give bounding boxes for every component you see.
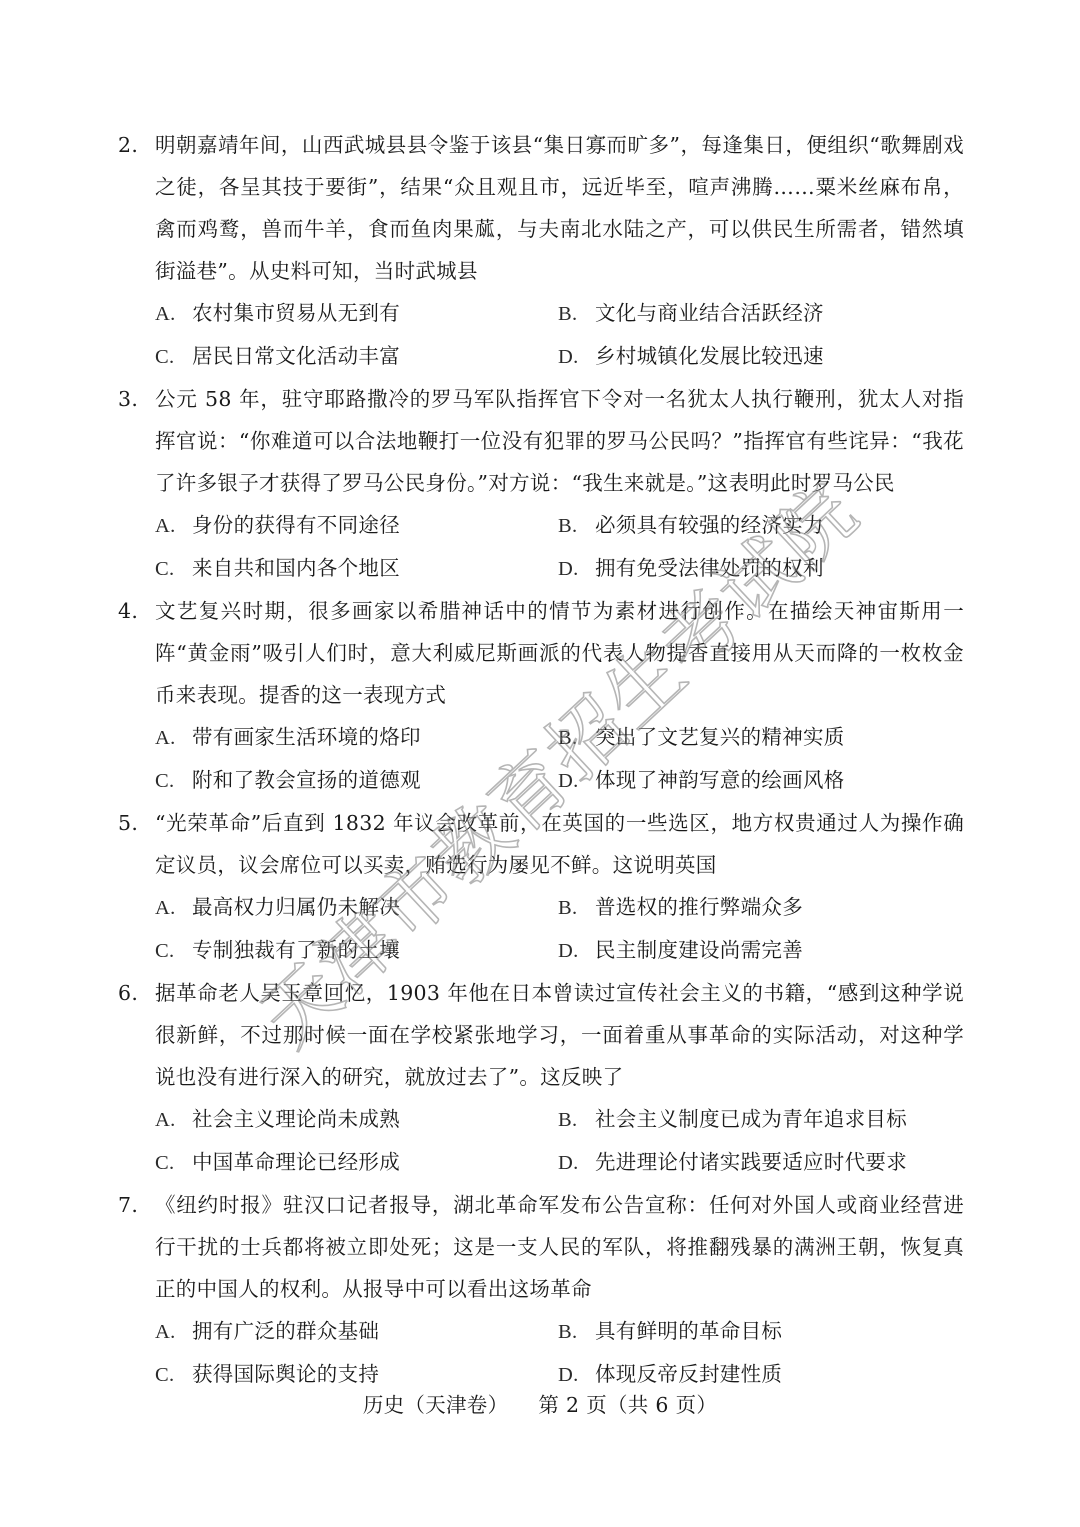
question-number: 2. [118,124,138,166]
option-letter: D. [558,548,595,590]
question-number: 5. [118,802,138,844]
option-letter: A. [155,1311,192,1353]
option-text: 获得国际舆论的支持 [192,1362,379,1386]
option-text: 先进理论付诸实践要适应时代要求 [595,1150,907,1174]
question-number: 3. [118,378,138,420]
option-letter: D. [558,1142,595,1184]
question-number: 7. [118,1184,138,1226]
option-a: A.农村集市贸易从无到有 [155,292,558,335]
option-d: D.先进理论付诸实践要适应时代要求 [558,1141,964,1184]
footer-paper-title: 历史（天津卷） [363,1393,509,1417]
option-text: 拥有免受法律处罚的权利 [595,556,824,580]
page-footer: 历史（天津卷）第 2 页（共 6 页） [0,1389,1080,1421]
option-letter: C. [155,336,192,378]
option-list: A.拥有广泛的群众基础 B.具有鲜明的革命目标 C.获得国际舆论的支持 D.体现… [118,1310,964,1396]
option-d: D.乡村城镇化发展比较迅速 [558,335,964,378]
question-text: 文艺复兴时期，很多画家以希腊神话中的情节为素材进行创作。在描绘天神宙斯用一阵“黄… [155,599,964,707]
option-list: A.身份的获得有不同途径 B.必须具有较强的经济实力 C.来自共和国内各个地区 … [118,504,964,590]
option-d: D.体现了神韵写意的绘画风格 [558,759,964,802]
option-list: A.农村集市贸易从无到有 B.文化与商业结合活跃经济 C.居民日常文化活动丰富 … [118,292,964,378]
option-text: 社会主义制度已成为青年追求目标 [595,1107,907,1131]
question-stem: 4. 文艺复兴时期，很多画家以希腊神话中的情节为素材进行创作。在描绘天神宙斯用一… [118,590,964,716]
option-letter: D. [558,336,595,378]
option-b: B.必须具有较强的经济实力 [558,504,964,547]
footer-page-number: 第 2 页（共 6 页） [538,1393,717,1417]
question-text: 公元 58 年，驻守耶路撒冷的罗马军队指挥官下令对一名犹太人执行鞭刑，犹太人对指… [155,387,964,495]
option-letter: B. [558,505,595,547]
option-letter: A. [155,887,192,929]
option-text: 附和了教会宣扬的道德观 [192,768,421,792]
option-a: A.带有画家生活环境的烙印 [155,716,558,759]
option-text: 专制独裁有了新的土壤 [192,938,400,962]
question-stem: 7. 《纽约时报》驻汉口记者报导，湖北革命军发布公告宣称：任何对外国人或商业经营… [118,1184,964,1310]
option-a: A.社会主义理论尚未成熟 [155,1098,558,1141]
question-text: 明朝嘉靖年间，山西武城县县令鉴于该县“集日寡而旷多”，每逢集日，便组织“歌舞剧戏… [155,133,964,283]
option-text: 具有鲜明的革命目标 [595,1319,782,1343]
option-letter: A. [155,1099,192,1141]
option-text: 普选权的推行弊端众多 [595,895,803,919]
option-text: 拥有广泛的群众基础 [192,1319,379,1343]
option-text: 文化与商业结合活跃经济 [595,301,824,325]
option-letter: D. [558,930,595,972]
question-5: 5. “光荣革命”后直到 1832 年议会改革前，在英国的一些选区，地方权贵通过… [118,802,964,972]
option-text: 最高权力归属仍未解决 [192,895,400,919]
question-text: 据革命老人吴玉章回忆，1903 年他在日本曾读过宣传社会主义的书籍，“感到这种学… [155,981,964,1089]
option-text: 身份的获得有不同途径 [192,513,400,537]
question-2: 2. 明朝嘉靖年间，山西武城县县令鉴于该县“集日寡而旷多”，每逢集日，便组织“歌… [118,124,964,378]
option-c: C.居民日常文化活动丰富 [155,335,558,378]
question-number: 4. [118,590,138,632]
option-c: C.附和了教会宣扬的道德观 [155,759,558,802]
option-b: B.突出了文艺复兴的精神实质 [558,716,964,759]
question-number: 6. [118,972,138,1014]
option-b: B.文化与商业结合活跃经济 [558,292,964,335]
option-a: A.身份的获得有不同途径 [155,504,558,547]
question-stem: 6. 据革命老人吴玉章回忆，1903 年他在日本曾读过宣传社会主义的书籍，“感到… [118,972,964,1098]
option-letter: B. [558,887,595,929]
option-text: 中国革命理论已经形成 [192,1150,400,1174]
option-list: A.社会主义理论尚未成熟 B.社会主义制度已成为青年追求目标 C.中国革命理论已… [118,1098,964,1184]
question-stem: 2. 明朝嘉靖年间，山西武城县县令鉴于该县“集日寡而旷多”，每逢集日，便组织“歌… [118,124,964,292]
option-d: D.民主制度建设尚需完善 [558,929,964,972]
question-4: 4. 文艺复兴时期，很多画家以希腊神话中的情节为素材进行创作。在描绘天神宙斯用一… [118,590,964,802]
option-text: 民主制度建设尚需完善 [595,938,803,962]
option-letter: B. [558,293,595,335]
option-list: A.带有画家生活环境的烙印 B.突出了文艺复兴的精神实质 C.附和了教会宣扬的道… [118,716,964,802]
option-letter: D. [558,760,595,802]
option-text: 必须具有较强的经济实力 [595,513,824,537]
option-text: 带有画家生活环境的烙印 [192,725,421,749]
option-b: B.社会主义制度已成为青年追求目标 [558,1098,964,1141]
option-letter: B. [558,717,595,759]
option-text: 农村集市贸易从无到有 [192,301,400,325]
question-6: 6. 据革命老人吴玉章回忆，1903 年他在日本曾读过宣传社会主义的书籍，“感到… [118,972,964,1184]
question-text: 《纽约时报》驻汉口记者报导，湖北革命军发布公告宣称：任何对外国人或商业经营进行干… [155,1193,964,1301]
option-text: 体现反帝反封建性质 [595,1362,782,1386]
option-letter: C. [155,760,192,802]
option-letter: A. [155,717,192,759]
exam-page: 2. 明朝嘉靖年间，山西武城县县令鉴于该县“集日寡而旷多”，每逢集日，便组织“歌… [0,0,1080,1527]
option-text: 社会主义理论尚未成熟 [192,1107,400,1131]
question-stem: 3. 公元 58 年，驻守耶路撒冷的罗马军队指挥官下令对一名犹太人执行鞭刑，犹太… [118,378,964,504]
option-text: 来自共和国内各个地区 [192,556,400,580]
option-c: C.专制独裁有了新的土壤 [155,929,558,972]
option-b: B.普选权的推行弊端众多 [558,886,964,929]
question-list: 2. 明朝嘉靖年间，山西武城县县令鉴于该县“集日寡而旷多”，每逢集日，便组织“歌… [118,124,964,1396]
option-letter: C. [155,1142,192,1184]
option-text: 体现了神韵写意的绘画风格 [595,768,845,792]
question-stem: 5. “光荣革命”后直到 1832 年议会改革前，在英国的一些选区，地方权贵通过… [118,802,964,886]
option-letter: C. [155,548,192,590]
option-letter: A. [155,293,192,335]
option-letter: A. [155,505,192,547]
option-letter: B. [558,1311,595,1353]
question-7: 7. 《纽约时报》驻汉口记者报导，湖北革命军发布公告宣称：任何对外国人或商业经营… [118,1184,964,1396]
option-letter: C. [155,930,192,972]
option-a: A.最高权力归属仍未解决 [155,886,558,929]
option-list: A.最高权力归属仍未解决 B.普选权的推行弊端众多 C.专制独裁有了新的土壤 D… [118,886,964,972]
option-text: 居民日常文化活动丰富 [192,344,400,368]
option-letter: B. [558,1099,595,1141]
option-b: B.具有鲜明的革命目标 [558,1310,964,1353]
option-text: 乡村城镇化发展比较迅速 [595,344,824,368]
question-3: 3. 公元 58 年，驻守耶路撒冷的罗马军队指挥官下令对一名犹太人执行鞭刑，犹太… [118,378,964,590]
option-c: C.来自共和国内各个地区 [155,547,558,590]
option-c: C.中国革命理论已经形成 [155,1141,558,1184]
option-text: 突出了文艺复兴的精神实质 [595,725,845,749]
option-a: A.拥有广泛的群众基础 [155,1310,558,1353]
option-d: D.拥有免受法律处罚的权利 [558,547,964,590]
question-text: “光荣革命”后直到 1832 年议会改革前，在英国的一些选区，地方权贵通过人为操… [155,811,964,877]
